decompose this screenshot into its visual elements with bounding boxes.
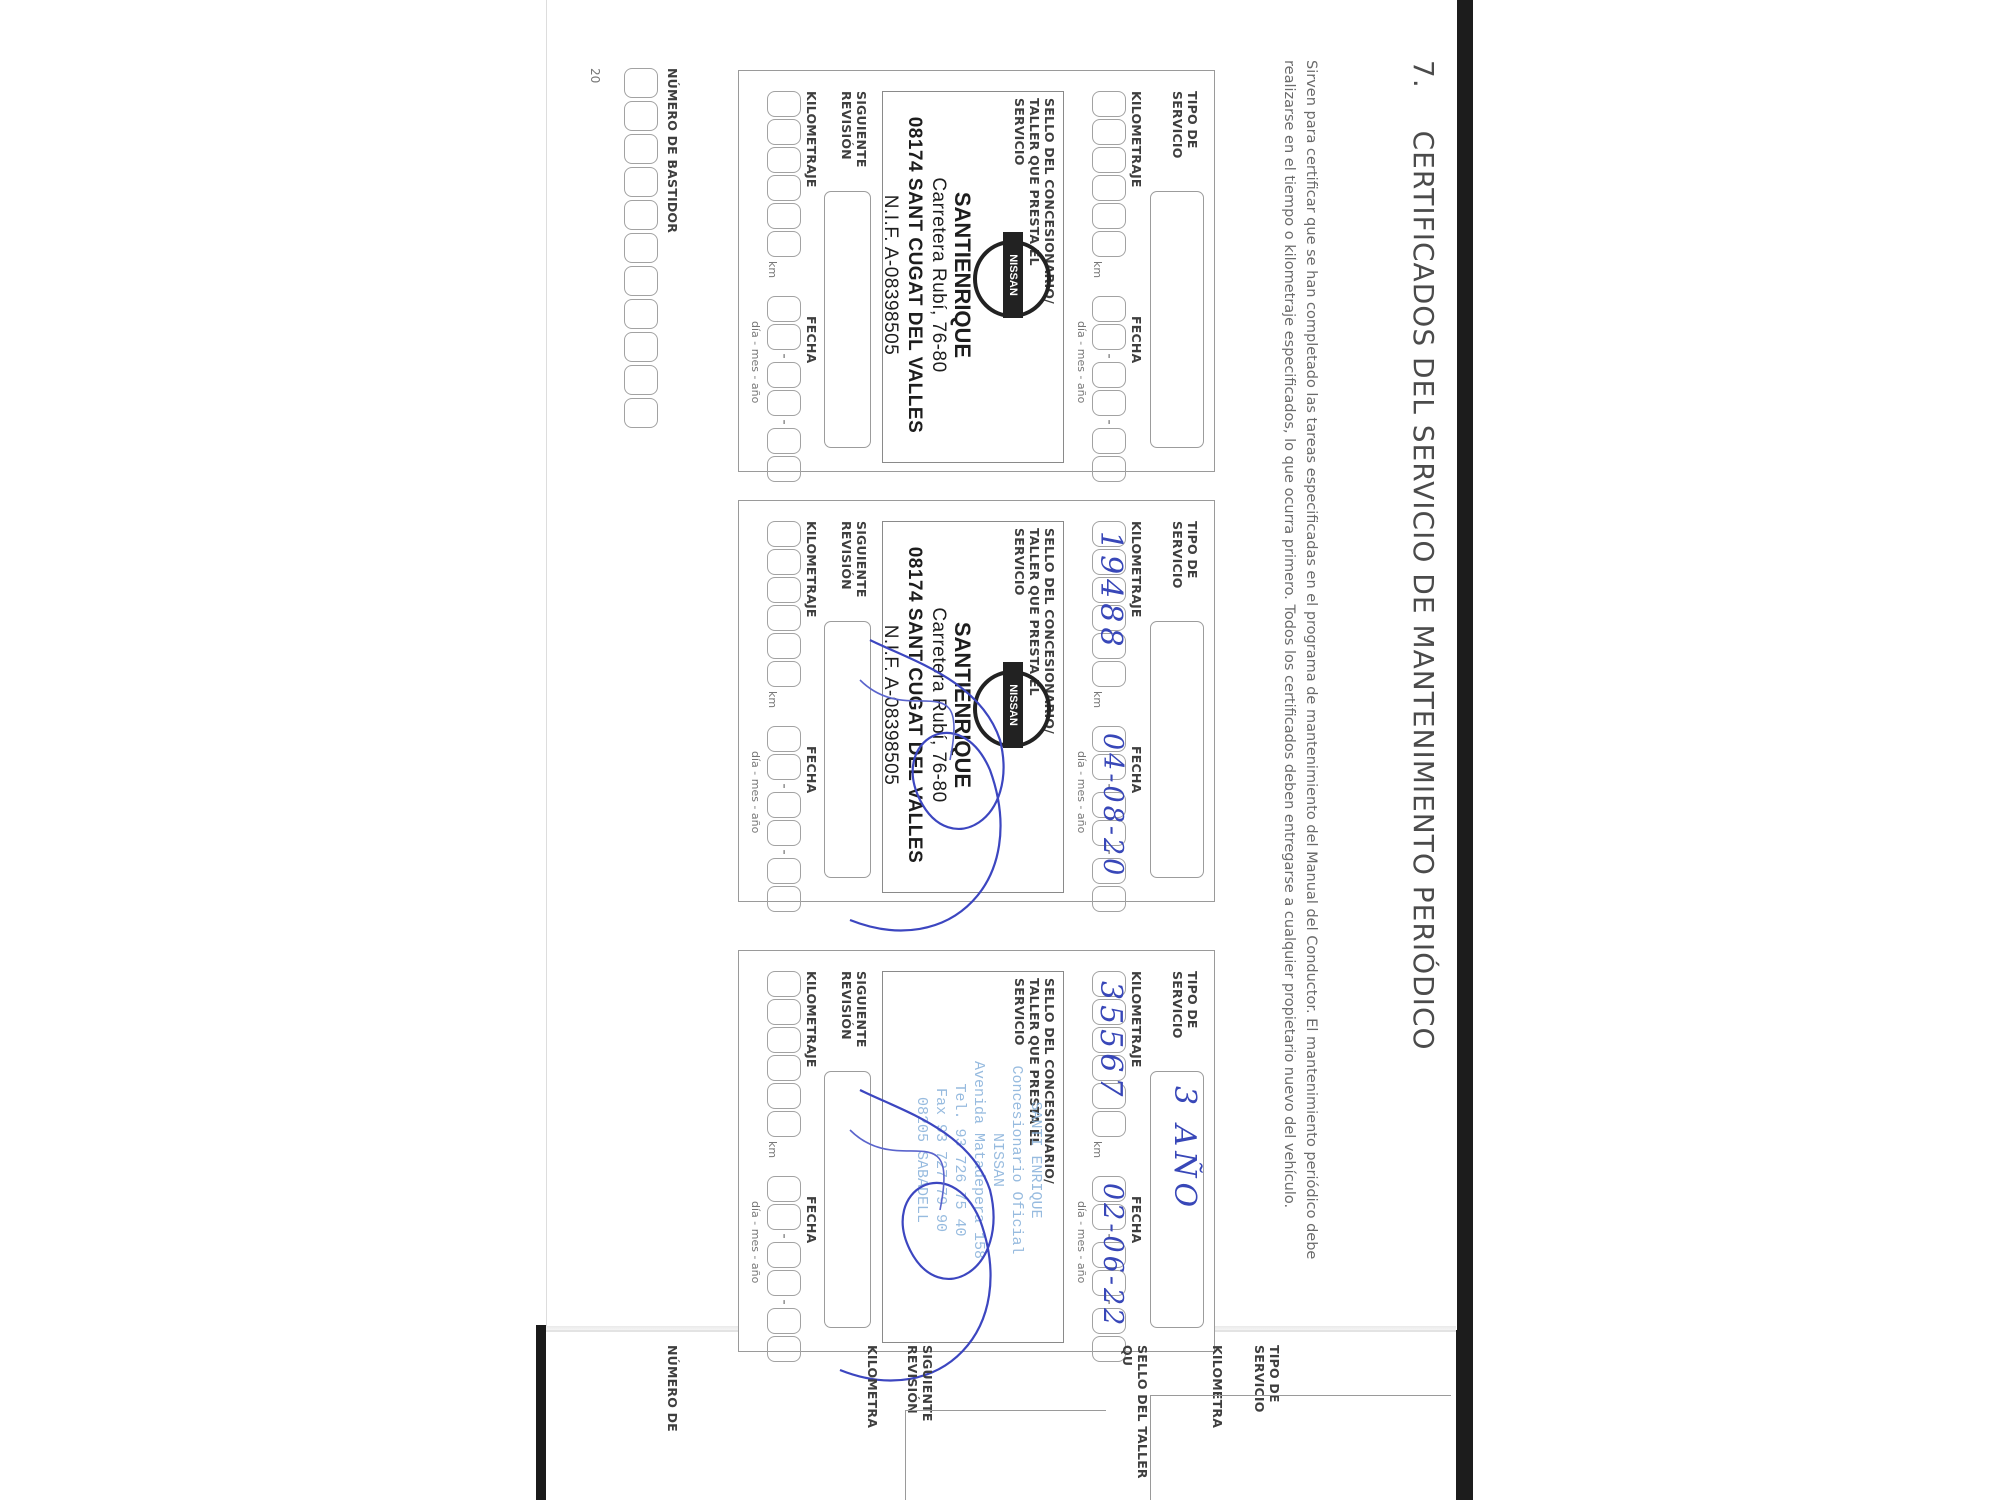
section-header: 7. CERTIFICADOS DEL SERVICIO DE MANTENIM… [1407,60,1440,1160]
siguiente-km-label: KILOMETRAJE [804,521,819,618]
tipo-servicio-value: 3 AÑO [1167,1086,1202,1212]
fecha-label: FECHA [1129,746,1144,793]
siguiente-fecha-cells[interactable]: - - [767,296,801,482]
siguiente-km-label: KILOMETRAJE [804,971,819,1068]
fecha-cells[interactable]: - - [1092,296,1126,482]
date-format-hint: día - mes - año [1075,1201,1088,1283]
dealer-stamp: NISSAN SANTIENRIQUE Carretera Rubí, 76-8… [865,90,1045,460]
fecha-value: 04-08-20 [1097,733,1128,878]
fecha-label: FECHA [1129,316,1144,363]
km-unit: km [766,1141,779,1158]
next-page-km2-label: KILOMETRA [865,1345,880,1428]
kilometraje-value: 19488 [1093,531,1128,651]
kilometraje-label: KILOMETRAJE [1129,971,1144,1068]
intro-paragraph: Sirven para certificar que se han comple… [1278,60,1322,1310]
next-page-card [1150,1395,1451,1500]
tipo-servicio-label: TIPO DE SERVICIO [1170,91,1200,171]
km-unit: km [766,691,779,708]
tipo-servicio-field[interactable] [1150,621,1204,878]
date-format-hint: día - mes - año [749,1201,762,1283]
vin-label: NÚMERO DE BASTIDOR [665,68,680,233]
next-page-vin-label: NÚMERO DE [665,1345,680,1432]
date-format-hint: día - mes - año [749,751,762,833]
km-unit: km [1091,1141,1104,1158]
page-number: 20 [588,68,602,83]
kilometraje-label: KILOMETRAJE [1129,521,1144,618]
next-page-sello-label: SELLO DEL TALLER QU [1120,1345,1150,1500]
dealer-city: 08174 SANT CUGAT DEL VALLES [903,90,925,460]
kilometraje-value: 35567 [1093,981,1128,1101]
km-unit: km [1091,691,1104,708]
siguiente-fecha-cells[interactable]: - - [767,726,801,912]
page-title: CERTIFICADOS DEL SERVICIO DE MANTENIMIEN… [1407,131,1440,1051]
date-format-hint: día - mes - año [749,321,762,403]
scanner-edge [1455,0,1473,1500]
section-number: 7. [1407,60,1440,89]
kilometraje-cells[interactable] [1092,91,1126,257]
fecha-value: 02-06-22 [1097,1183,1128,1328]
km-unit: km [1091,261,1104,278]
siguiente-km-cells[interactable] [767,91,801,257]
nissan-logo-icon: NISSAN [973,240,1051,318]
date-format-hint: día - mes - año [1075,321,1088,403]
siguiente-fecha-label: FECHA [804,316,819,363]
date-format-hint: día - mes - año [1075,751,1088,833]
siguiente-km-label: KILOMETRAJE [804,91,819,188]
siguiente-revision-label: SIGUIENTE REVISIÓN [839,971,869,1051]
siguiente-fecha-label: FECHA [804,746,819,793]
dealer-nif: N.I.F. A-08398505 [879,90,901,460]
tipo-servicio-field[interactable] [1150,191,1204,448]
dealer-name: SANTIENRIQUE [949,90,975,460]
siguiente-revision-field[interactable] [824,191,871,448]
siguiente-fecha-label: FECHA [804,1196,819,1243]
vin-cells[interactable] [624,68,658,428]
siguiente-fecha-cells[interactable]: - - [767,1176,801,1362]
siguiente-km-cells[interactable] [767,971,801,1137]
km-unit: km [766,261,779,278]
dealer-address: Carretera Rubí, 76-80 [927,90,949,460]
scanner-edge-bottom [536,1325,546,1500]
kilometraje-label: KILOMETRAJE [1129,91,1144,188]
signature [830,620,1050,965]
siguiente-km-cells[interactable] [767,521,801,687]
vin-section: NÚMERO DE BASTIDOR [620,68,680,448]
fecha-label: FECHA [1129,1196,1144,1243]
tipo-servicio-label: TIPO DE SERVICIO [1170,521,1200,601]
next-page-stamp-box [905,1410,1106,1500]
tipo-servicio-label: TIPO DE SERVICIO [1170,971,1200,1051]
